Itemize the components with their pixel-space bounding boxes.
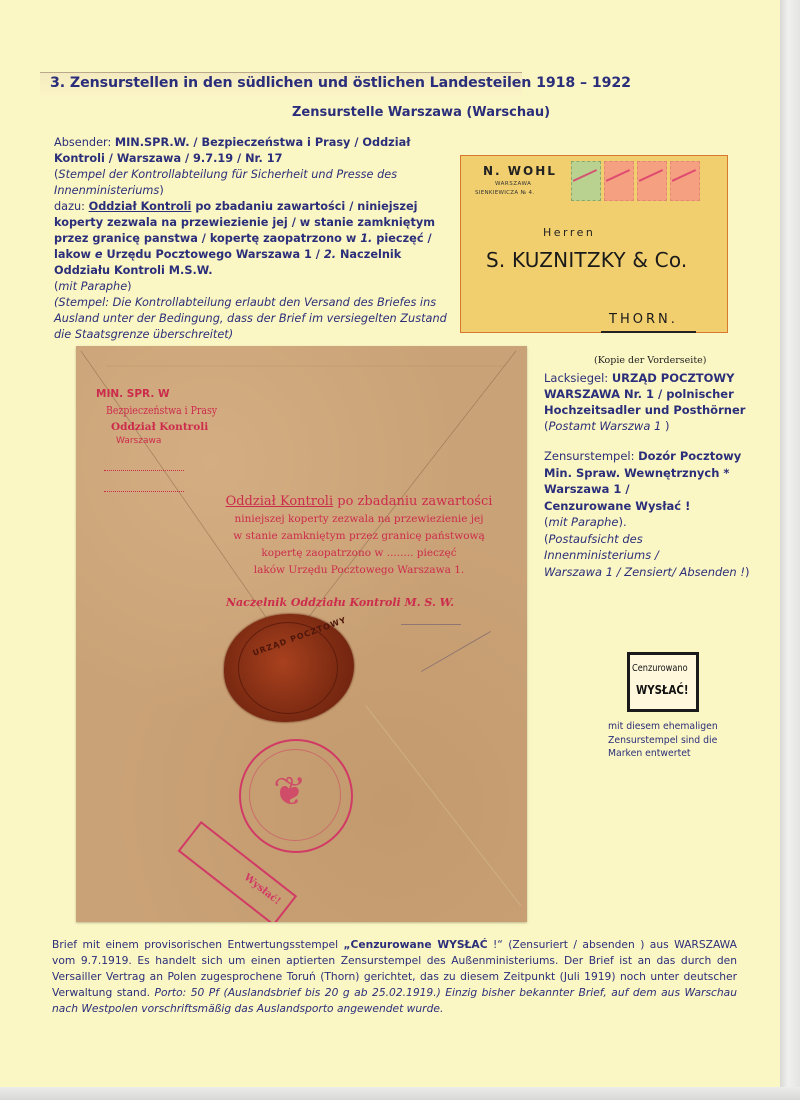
seal-note: Lacksiegel: URZĄD POCZTOWY WARSZAWA Nr. …: [544, 370, 779, 434]
page-edge-right: [780, 0, 800, 1100]
postage-stamp-green: [571, 161, 601, 201]
pencil-mark: [401, 624, 461, 625]
front-salutation: Herren: [543, 226, 595, 239]
sender-translation: (Stempel: Die Kontrollabteilung erlaubt …: [54, 296, 447, 341]
dazu-label: dazu:: [54, 200, 89, 213]
envelope-front-copy: N. WOHL WARSZAWA SIENKIEWICZA № 4. Herre…: [460, 155, 728, 333]
page-subtitle: Zensurstelle Warszawa (Warschau): [292, 105, 550, 120]
example-stamp-caption: mit diesem ehemaligen Zensurstempel sind…: [608, 720, 738, 761]
sender-stamp-line: Warszawa: [116, 436, 161, 446]
front-sender-street: SIENKIEWICZA № 4.: [475, 190, 534, 196]
front-sender-name: N. WOHL: [483, 164, 557, 178]
example-censor-stamp: Cenzurowano WYSŁAĆ!: [627, 652, 699, 712]
sender-stamp-line: Oddział Kontroli: [111, 421, 208, 433]
sender-stamp-line: MIN. SPR. W: [96, 388, 170, 400]
page-edge-bottom: [0, 1087, 800, 1100]
postage-stamp-red: [637, 161, 667, 201]
envelope-back-image: MIN. SPR. W Bezpieczeństwa i Prasy Oddzi…: [76, 346, 527, 922]
stamp-dotted-line: [104, 470, 184, 471]
front-destination: THORN.: [609, 312, 678, 327]
dazu-underlined: Oddział Kontroli: [89, 200, 192, 213]
control-stamp-text: Oddział Kontroli po zbadaniu zawartości …: [194, 493, 524, 579]
censor-stamp-note: Zensurstempel: Dozór Pocztowy Min. Spraw…: [544, 448, 779, 580]
postage-stamp-red: [670, 161, 700, 201]
seal-translation: Postamt Warszwa 1: [549, 419, 662, 433]
round-censor-stamp: ❦: [239, 739, 353, 853]
eagle-icon: ❦: [273, 769, 307, 815]
stamp-dotted-line: [104, 491, 184, 492]
sender-note: Stempel der Kontrollabteilung für Sicher…: [54, 168, 397, 197]
sender-description: Absender: MIN.SPR.W. / Bezpieczeństwa i …: [54, 135, 454, 343]
sender-label: Absender:: [54, 136, 115, 149]
chief-signature-stamp: Naczelnik Oddziału Kontroli M. S. W.: [226, 596, 454, 609]
front-copy-caption: (Kopie der Vorderseite): [594, 355, 706, 366]
letter-description: Brief mit einem provisorischen Entwertun…: [52, 937, 737, 1017]
sender-paraphe: mit Paraphe: [58, 280, 127, 293]
sender-stamp-line: Bezpieczeństwa i Prasy: [106, 404, 217, 417]
front-addressee: S. KUZNITZKY & Co.: [486, 248, 688, 272]
postage-stamp-red: [604, 161, 634, 201]
destination-underline: [601, 331, 696, 333]
page-title: 3. Zensurstellen in den südlichen und ös…: [50, 75, 631, 91]
front-sender-city: WARSZAWA: [495, 181, 531, 187]
